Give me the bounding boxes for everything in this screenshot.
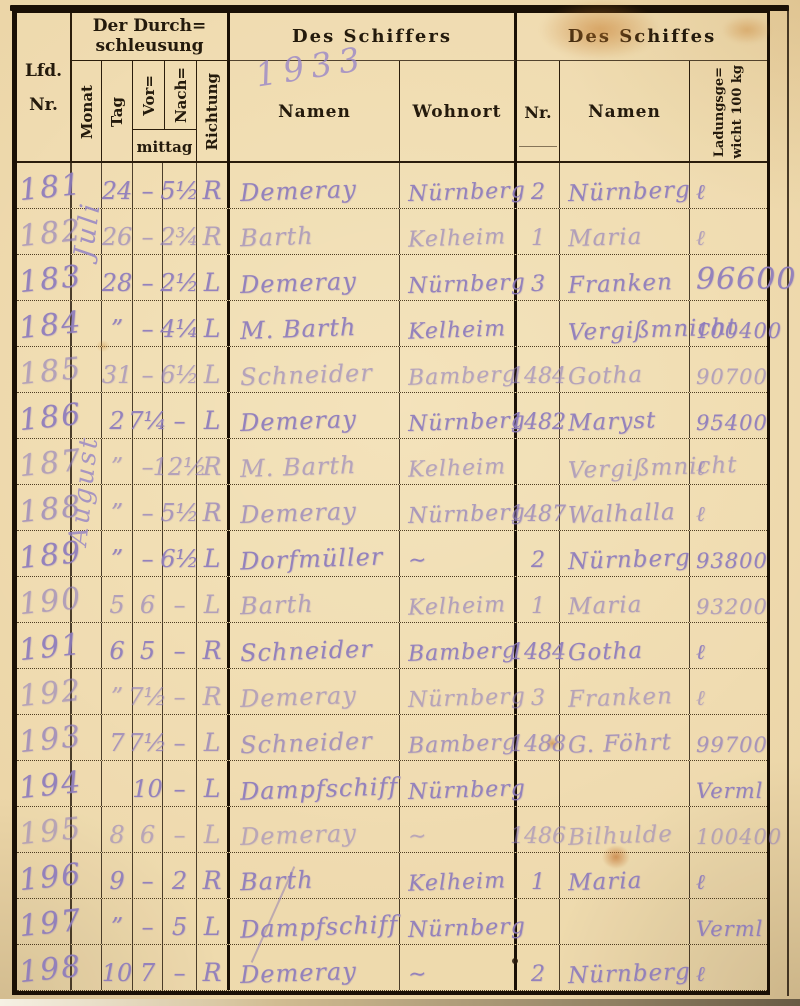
cell-ladungsgewicht: 100400 [690, 301, 782, 346]
month-juli-text: Juli [68, 199, 107, 260]
schiffer-name-value: Demeray [240, 405, 358, 437]
cell-richtung: L [197, 531, 230, 576]
richtung-value: L [204, 360, 221, 389]
cell-schiffer-name: Demeray [230, 393, 400, 438]
cell-wohnort: Nürnberg [400, 899, 517, 944]
richtung-value: L [204, 314, 221, 343]
schiff-nr-value: 1488 [510, 732, 566, 757]
table-row: 184 ” – 4¼ L M. Barth Kelheim Vergißmnic… [17, 301, 767, 347]
day-value: 6 [109, 637, 124, 665]
cell-tag: 8 [102, 807, 133, 852]
cell-wohnort: Kelheim [400, 209, 517, 254]
column-header-vor-nachmittag: Vor= Nach= mittag [133, 61, 197, 163]
day-value: 9 [109, 867, 124, 895]
richtung-value: R [203, 498, 222, 527]
entry-number: 197 [17, 903, 84, 944]
cell-richtung: R [197, 945, 230, 990]
schiff-nr-value: 1482 [510, 410, 566, 435]
cell-nachmittag: 2 [163, 853, 197, 898]
nachmittag-value: – [174, 683, 186, 711]
vormittag-value: – [142, 315, 154, 343]
schiffer-namen-label: Namen [278, 102, 351, 122]
cell-schiffer-name: Demeray [230, 485, 400, 530]
richtung-label: Richtung [203, 73, 221, 150]
entry-number: 194 [17, 765, 84, 806]
group-header-durchschleusung: Der Durch= schleusung [72, 13, 230, 61]
schiff-name-value: Maria [568, 224, 643, 253]
cell-ladungsgewicht: ℓ [690, 623, 767, 668]
cell-vormittag: – [133, 853, 163, 898]
cell-schiff-name: Franken [560, 669, 690, 714]
cell-tag: ” [102, 485, 133, 530]
table-row: 183 28 – 2½ L Demeray Nürnberg 3 Franken… [17, 255, 767, 301]
cell-vormittag: – [133, 531, 163, 576]
cell-schiffer-name: Demeray [230, 669, 400, 714]
schiff-namen-label: Namen [588, 102, 661, 122]
cell-vormittag: – [133, 163, 163, 208]
wohnort-value: Nürnberg [408, 684, 527, 713]
day-value: 26 [102, 223, 133, 251]
cell-tag: ” [102, 899, 133, 944]
column-header-ladungsgewicht: Ladungsge= wicht 100 kg [690, 61, 767, 163]
cell-ladungsgewicht: ℓ [690, 945, 767, 990]
schiff-name-value: Nürnberg [568, 959, 692, 989]
cell-ladungsgewicht: 95400 [690, 393, 768, 438]
cell-richtung: L [197, 577, 230, 622]
cell-vormittag: 7½ [133, 715, 163, 760]
monat-label: Monat [78, 85, 96, 139]
schiff-name-value: Maryst [568, 407, 657, 436]
day-value: 2 [109, 407, 124, 435]
schiff-nr-value: 3 [531, 272, 545, 297]
schiffer-name-value: Schneider [240, 635, 374, 668]
wohnort-value: Nürnberg [408, 408, 527, 437]
schiffer-name-value: Demeray [240, 681, 358, 713]
cell-schiff-name: Vergißmnicht [560, 301, 690, 346]
schiffer-name-value: M. Barth [240, 451, 357, 483]
cell-schiff-nr [517, 301, 560, 346]
nachmittag-value: – [174, 407, 186, 435]
richtung-value: L [204, 728, 221, 757]
schiff-nr-value: 1486 [510, 824, 566, 849]
cell-vormittag: 10 [133, 761, 163, 806]
entry-number: 185 [17, 351, 84, 392]
cell-tag: 28 [102, 255, 133, 300]
cell-vormittag: – [133, 347, 163, 392]
column-header-tag: Tag [102, 61, 133, 163]
cell-schiff-name: Gotha [560, 347, 690, 392]
cell-vormittag: – [133, 899, 163, 944]
lfd-label-line2: Nr. [29, 95, 58, 115]
ladungsgewicht-value: ℓ [696, 686, 706, 711]
mittag-cell: mittag [133, 129, 196, 163]
vormittag-value: – [142, 913, 154, 941]
cell-ladungsgewicht: 100400 [690, 807, 782, 852]
cell-lfd-nr: 196 [17, 853, 72, 898]
day-value: ” [111, 913, 123, 941]
schiffer-name-value: Barth [240, 222, 314, 253]
cell-vormittag: 6 [133, 807, 163, 852]
ladungsgewicht-value: 93200 [696, 595, 768, 619]
nachmittag-value: – [174, 637, 186, 665]
tag-label: Tag [108, 97, 126, 127]
cell-schiff-nr: 2 [517, 945, 560, 990]
table-row: 188 ” – 5½ R Demeray Nürnberg 1487 Walha… [17, 485, 767, 531]
ladungsgewicht-value: ℓ [696, 502, 706, 527]
cell-schiff-name: Nürnberg [560, 945, 690, 990]
ledger-table: Lfd. Nr. Der Durch= schleusung Monat Tag… [12, 10, 770, 995]
richtung-value: R [203, 866, 222, 895]
cell-wohnort: Nürnberg [400, 761, 517, 806]
vormittag-value: – [142, 499, 154, 527]
cell-lfd-nr: 197 [17, 899, 72, 944]
schiff-name-value: Walhalla [568, 499, 677, 529]
cell-schiffer-name: M. Barth [230, 439, 400, 484]
cell-ladungsgewicht: Verml [690, 761, 767, 806]
vormittag-value: – [142, 361, 154, 389]
table-row: 196 9 – 2 R Barth Kelheim 1 Maria ℓ [17, 853, 767, 899]
cell-schiffer-name: Schneider [230, 715, 400, 760]
ladungsgewicht-value: ℓ [696, 226, 706, 251]
cell-schiff-name: Gotha [560, 623, 690, 668]
schiffer-name-value: Barth [240, 590, 314, 621]
entry-number: 198 [17, 949, 84, 990]
ladungsgewicht-value: 100400 [696, 319, 782, 343]
wohnort-value: Kelheim [408, 868, 507, 896]
ladungsgewicht-value: Verml [696, 917, 763, 941]
day-value: ” [111, 453, 123, 481]
cell-schiff-nr: 1 [517, 853, 560, 898]
vormittag-value: 7¼ [128, 407, 167, 435]
cell-schiff-nr: 1 [517, 577, 560, 622]
schiff-nr-value: 1484 [510, 640, 566, 665]
wohnort-value: Kelheim [408, 316, 507, 344]
nachmittag-value: 6½ [160, 545, 199, 573]
table-row: 198 10 7 – R Demeray ∼ 2 Nürnberg ℓ [17, 945, 767, 991]
cell-tag: 5 [102, 577, 133, 622]
cell-ladungsgewicht: 99700 [690, 715, 768, 760]
group-header-des-schiffes: Des Schiffes [517, 13, 767, 61]
cell-schiff-nr: 2 [517, 531, 560, 576]
cell-schiffer-name: Dampfschiff [230, 899, 400, 944]
cell-richtung: L [197, 761, 230, 806]
column-header-richtung: Richtung [197, 61, 230, 163]
ladungsgewicht-value: 100400 [696, 825, 782, 849]
cell-lfd-nr: 184 [17, 301, 72, 346]
ladungsgewicht-value: 96600 [696, 262, 796, 297]
wohnort-value: Nürnberg [408, 914, 527, 943]
nach-label: Nach= [172, 67, 190, 123]
cell-schiff-name: Maria [560, 577, 690, 622]
cell-vormittag: 6 [133, 577, 163, 622]
nr-divider-line [519, 146, 557, 147]
richtung-value: L [204, 820, 221, 849]
ledger-page: Lfd. Nr. Der Durch= schleusung Monat Tag… [0, 0, 800, 1006]
cell-schiffer-name: Barth [230, 209, 400, 254]
cell-richtung: L [197, 347, 230, 392]
cell-lfd-nr: 185 [17, 347, 72, 392]
cell-schiff-name: Maria [560, 853, 690, 898]
cell-schiff-name: Nürnberg [560, 163, 690, 208]
richtung-value: R [203, 682, 222, 711]
table-row: 194 10 – L Dampfschiff Nürnberg Verml [17, 761, 767, 807]
vormittag-value: – [142, 269, 154, 297]
nachmittag-value: 5½ [160, 177, 199, 205]
wohnort-value: ∼ [408, 824, 428, 850]
cell-wohnort: ∼ [400, 945, 517, 990]
ladungsgewicht-value: ℓ [696, 870, 706, 895]
schiffer-name-value: Schneider [240, 727, 374, 760]
day-value: ” [111, 499, 123, 527]
lfd-label-line1: Lfd. [25, 61, 62, 81]
cell-ladungsgewicht: 93200 [690, 577, 768, 622]
wohnort-value: Nürnberg [408, 270, 527, 299]
cell-nachmittag: – [163, 807, 197, 852]
cell-schiff-name: Maria [560, 209, 690, 254]
schiff-name-value: Gotha [568, 638, 644, 667]
wohnort-value: Kelheim [408, 224, 507, 252]
cell-vormittag: – [133, 301, 163, 346]
cell-tag [102, 761, 133, 806]
cell-schiffer-name: Schneider [230, 623, 400, 668]
cell-nachmittag: 4¼ [163, 301, 197, 346]
schiffer-name-value: Demeray [240, 819, 358, 851]
cell-wohnort: Bamberg [400, 715, 517, 760]
wohnort-value: Bamberg [408, 730, 518, 759]
cell-richtung: R [197, 669, 230, 714]
cell-vormittag: 7¼ [133, 393, 163, 438]
schiff-name-value: Maria [568, 868, 643, 897]
cell-vormittag: – [133, 485, 163, 530]
schiff-nr-value: 2 [531, 962, 545, 987]
cell-richtung: L [197, 255, 230, 300]
schiffer-name-value: Demeray [240, 175, 358, 207]
nachmittag-value: – [174, 821, 186, 849]
richtung-value: L [204, 406, 221, 435]
nachmittag-value: 5½ [160, 499, 199, 527]
cell-richtung: R [197, 485, 230, 530]
richtung-value: L [204, 268, 221, 297]
cell-nachmittag: 5½ [163, 485, 197, 530]
cell-wohnort: Kelheim [400, 301, 517, 346]
cell-schiff-nr: 1 [517, 209, 560, 254]
ink-speck [512, 958, 518, 964]
cell-richtung: R [197, 623, 230, 668]
cell-schiffer-name: Demeray [230, 807, 400, 852]
schiff-name-value: Nürnberg [568, 545, 692, 575]
cell-wohnort: ∼ [400, 531, 517, 576]
cell-richtung: L [197, 393, 230, 438]
day-value: ” [111, 545, 123, 573]
cell-richtung: R [197, 853, 230, 898]
table-row: 189 ” – 6½ L Dorfmüller ∼ 2 Nürnberg 938… [17, 531, 767, 577]
cell-nachmittag: 6½ [163, 347, 197, 392]
cell-schiffer-name: Demeray [230, 163, 400, 208]
schiff-nr-value: 2 [531, 548, 545, 573]
nachmittag-value: 2¾ [160, 223, 199, 251]
vormittag-value: 7½ [128, 729, 167, 757]
durchschleusung-line1: Der Durch= [93, 17, 206, 37]
wohnort-value: ∼ [408, 548, 428, 574]
cell-schiff-name [560, 761, 690, 806]
cell-tag: 9 [102, 853, 133, 898]
cell-ladungsgewicht: 96600 [690, 255, 796, 300]
cell-schiffer-name: Schneider [230, 347, 400, 392]
cell-vormittag: 7 [133, 945, 163, 990]
schiffer-name-value: Schneider [240, 359, 374, 392]
table-rows: Juli August 181 24 – 5½ R Demeray Nürnbe… [17, 163, 767, 991]
nachmittag-value: 2 [172, 867, 187, 895]
cell-schiff-name: Maryst [560, 393, 690, 438]
vormittag-value: 10 [132, 775, 163, 803]
cell-tag: ” [102, 301, 133, 346]
day-value: ” [111, 683, 123, 711]
nachmittag-value: – [174, 959, 186, 987]
cell-schiff-nr: 1487 [517, 485, 560, 530]
nachmittag-value: – [174, 775, 186, 803]
schiffer-name-value: Demeray [240, 497, 358, 529]
table-row: 197 ” – 5 L Dampfschiff Nürnberg Verml [17, 899, 767, 945]
cell-ladungsgewicht: ℓ [690, 853, 767, 898]
cell-nachmittag: – [163, 761, 197, 806]
richtung-value: R [203, 636, 222, 665]
richtung-value: R [203, 958, 222, 987]
column-header-schiff-nr: Nr. [517, 61, 560, 163]
cell-lfd-nr: 186 [17, 393, 72, 438]
cell-nachmittag: 2½ [163, 255, 197, 300]
table-row: 186 2 7¼ – L Demeray Nürnberg 1482 Marys… [17, 393, 767, 439]
month-august-text: August [63, 433, 104, 546]
right-margin-rule [787, 6, 789, 996]
cell-ladungsgewicht: ℓ [690, 669, 767, 714]
cell-schiff-name: G. Föhrt [560, 715, 690, 760]
cell-nachmittag: 5 [163, 899, 197, 944]
nachmittag-value: – [174, 591, 186, 619]
cell-lfd-nr: 191 [17, 623, 72, 668]
cell-richtung: L [197, 807, 230, 852]
cell-schiff-name: Bilhulde [560, 807, 690, 852]
entry-number: 191 [17, 627, 84, 668]
entry-number: 193 [17, 719, 84, 760]
cell-nachmittag: – [163, 715, 197, 760]
cell-tag: 6 [102, 623, 133, 668]
cell-vormittag: – [133, 255, 163, 300]
schiff-name-value: Bilhulde [568, 821, 674, 851]
nachmittag-value: – [174, 729, 186, 757]
nachmittag-value: 4¼ [160, 315, 199, 343]
table-row: 185 31 – 6½ L Schneider Bamberg 1484 Got… [17, 347, 767, 393]
ladungsgewicht-value: 90700 [696, 365, 768, 389]
richtung-value: L [204, 590, 221, 619]
cell-schiff-name: Walhalla [560, 485, 690, 530]
vormittag-value: – [142, 867, 154, 895]
wohnort-value: Bamberg [408, 638, 518, 667]
schiff-name-value: Nürnberg [568, 177, 692, 207]
cell-wohnort: Bamberg [400, 347, 517, 392]
cell-schiffer-name: M. Barth [230, 301, 400, 346]
column-header-wohnort: Wohnort [400, 61, 517, 163]
ladungsgewicht-value: Verml [696, 779, 763, 803]
day-value: ” [111, 315, 123, 343]
mittag-label: mittag [137, 138, 193, 156]
cell-lfd-nr: 192 [17, 669, 72, 714]
schiffer-name-value: Demeray [240, 957, 358, 989]
cell-lfd-nr: 181 [17, 163, 72, 208]
des-schiffes-label: Des Schiffes [568, 26, 716, 47]
schiff-nr-value: 1 [531, 594, 545, 619]
cell-richtung: L [197, 899, 230, 944]
schiffer-name-value: Dorfmüller [240, 543, 384, 576]
table-row: 187 ” – 12½ R M. Barth Kelheim Vergißmni… [17, 439, 767, 485]
cell-ladungsgewicht: 93800 [690, 531, 768, 576]
cell-schiff-nr [517, 439, 560, 484]
cell-schiff-name: Nürnberg [560, 531, 690, 576]
wohnort-value: Kelheim [408, 592, 507, 620]
schiff-name-value: Franken [568, 269, 674, 299]
cell-ladungsgewicht: 90700 [690, 347, 768, 392]
schiff-name-value: G. Föhrt [568, 729, 673, 759]
des-schiffers-label: Des Schiffers [292, 26, 452, 47]
scan-bottom-edge [0, 999, 800, 1006]
cell-schiff-nr: 1486 [517, 807, 560, 852]
schiff-nr-value: 3 [531, 686, 545, 711]
vor-cell: Vor= [133, 61, 165, 129]
cell-schiffer-name: Dampfschiff [230, 761, 400, 806]
table-row: 181 24 – 5½ R Demeray Nürnberg 2 Nürnber… [17, 163, 767, 209]
cell-nachmittag: 5½ [163, 163, 197, 208]
richtung-value: R [203, 452, 222, 481]
cell-wohnort: Nürnberg [400, 163, 517, 208]
cell-ladungsgewicht: Verml [690, 899, 767, 944]
ladungsgewicht-value: 99700 [696, 733, 768, 757]
cell-nachmittag: – [163, 623, 197, 668]
column-header-monat: Monat [72, 61, 102, 163]
richtung-value: L [204, 544, 221, 573]
cell-wohnort: Kelheim [400, 853, 517, 898]
nachmittag-value: 5 [172, 913, 187, 941]
nachmittag-value: 6½ [160, 361, 199, 389]
schiffer-name-value: M. Barth [240, 313, 357, 345]
wohnort-value: Bamberg [408, 362, 518, 391]
entry-number: 192 [17, 673, 84, 714]
cell-schiffer-name: Barth [230, 853, 400, 898]
entry-number: 184 [17, 305, 84, 346]
wohnort-value: Kelheim [408, 454, 507, 482]
cell-vormittag: 7½ [133, 669, 163, 714]
cell-schiff-nr: 1488 [517, 715, 560, 760]
cell-wohnort: ∼ [400, 807, 517, 852]
table-row: 195 8 6 – L Demeray ∼ 1486 Bilhulde 1004… [17, 807, 767, 853]
cell-ladungsgewicht: ℓ [690, 209, 767, 254]
vormittag-value: 6 [140, 821, 155, 849]
cell-wohnort: Nürnberg [400, 669, 517, 714]
column-header-schiff-namen: Namen [560, 61, 690, 163]
table-row: 182 26 – 2¾ R Barth Kelheim 1 Maria ℓ [17, 209, 767, 255]
richtung-value: R [203, 222, 222, 251]
table-row: 191 6 5 – R Schneider Bamberg 1484 Gotha… [17, 623, 767, 669]
vormittag-value: 6 [140, 591, 155, 619]
nachmittag-value: 2½ [160, 269, 199, 297]
cell-ladungsgewicht: ℓ [690, 485, 767, 530]
cell-tag: 10 [102, 945, 133, 990]
wohnort-label: Wohnort [413, 102, 502, 122]
vormittag-value: – [142, 545, 154, 573]
ladungsgewicht-value: ℓ [696, 456, 706, 481]
cell-schiff-name: Vergißmnicht [560, 439, 690, 484]
cell-lfd-nr: 182 [17, 209, 72, 254]
cell-lfd-nr: 193 [17, 715, 72, 760]
entry-number: 195 [17, 811, 84, 852]
